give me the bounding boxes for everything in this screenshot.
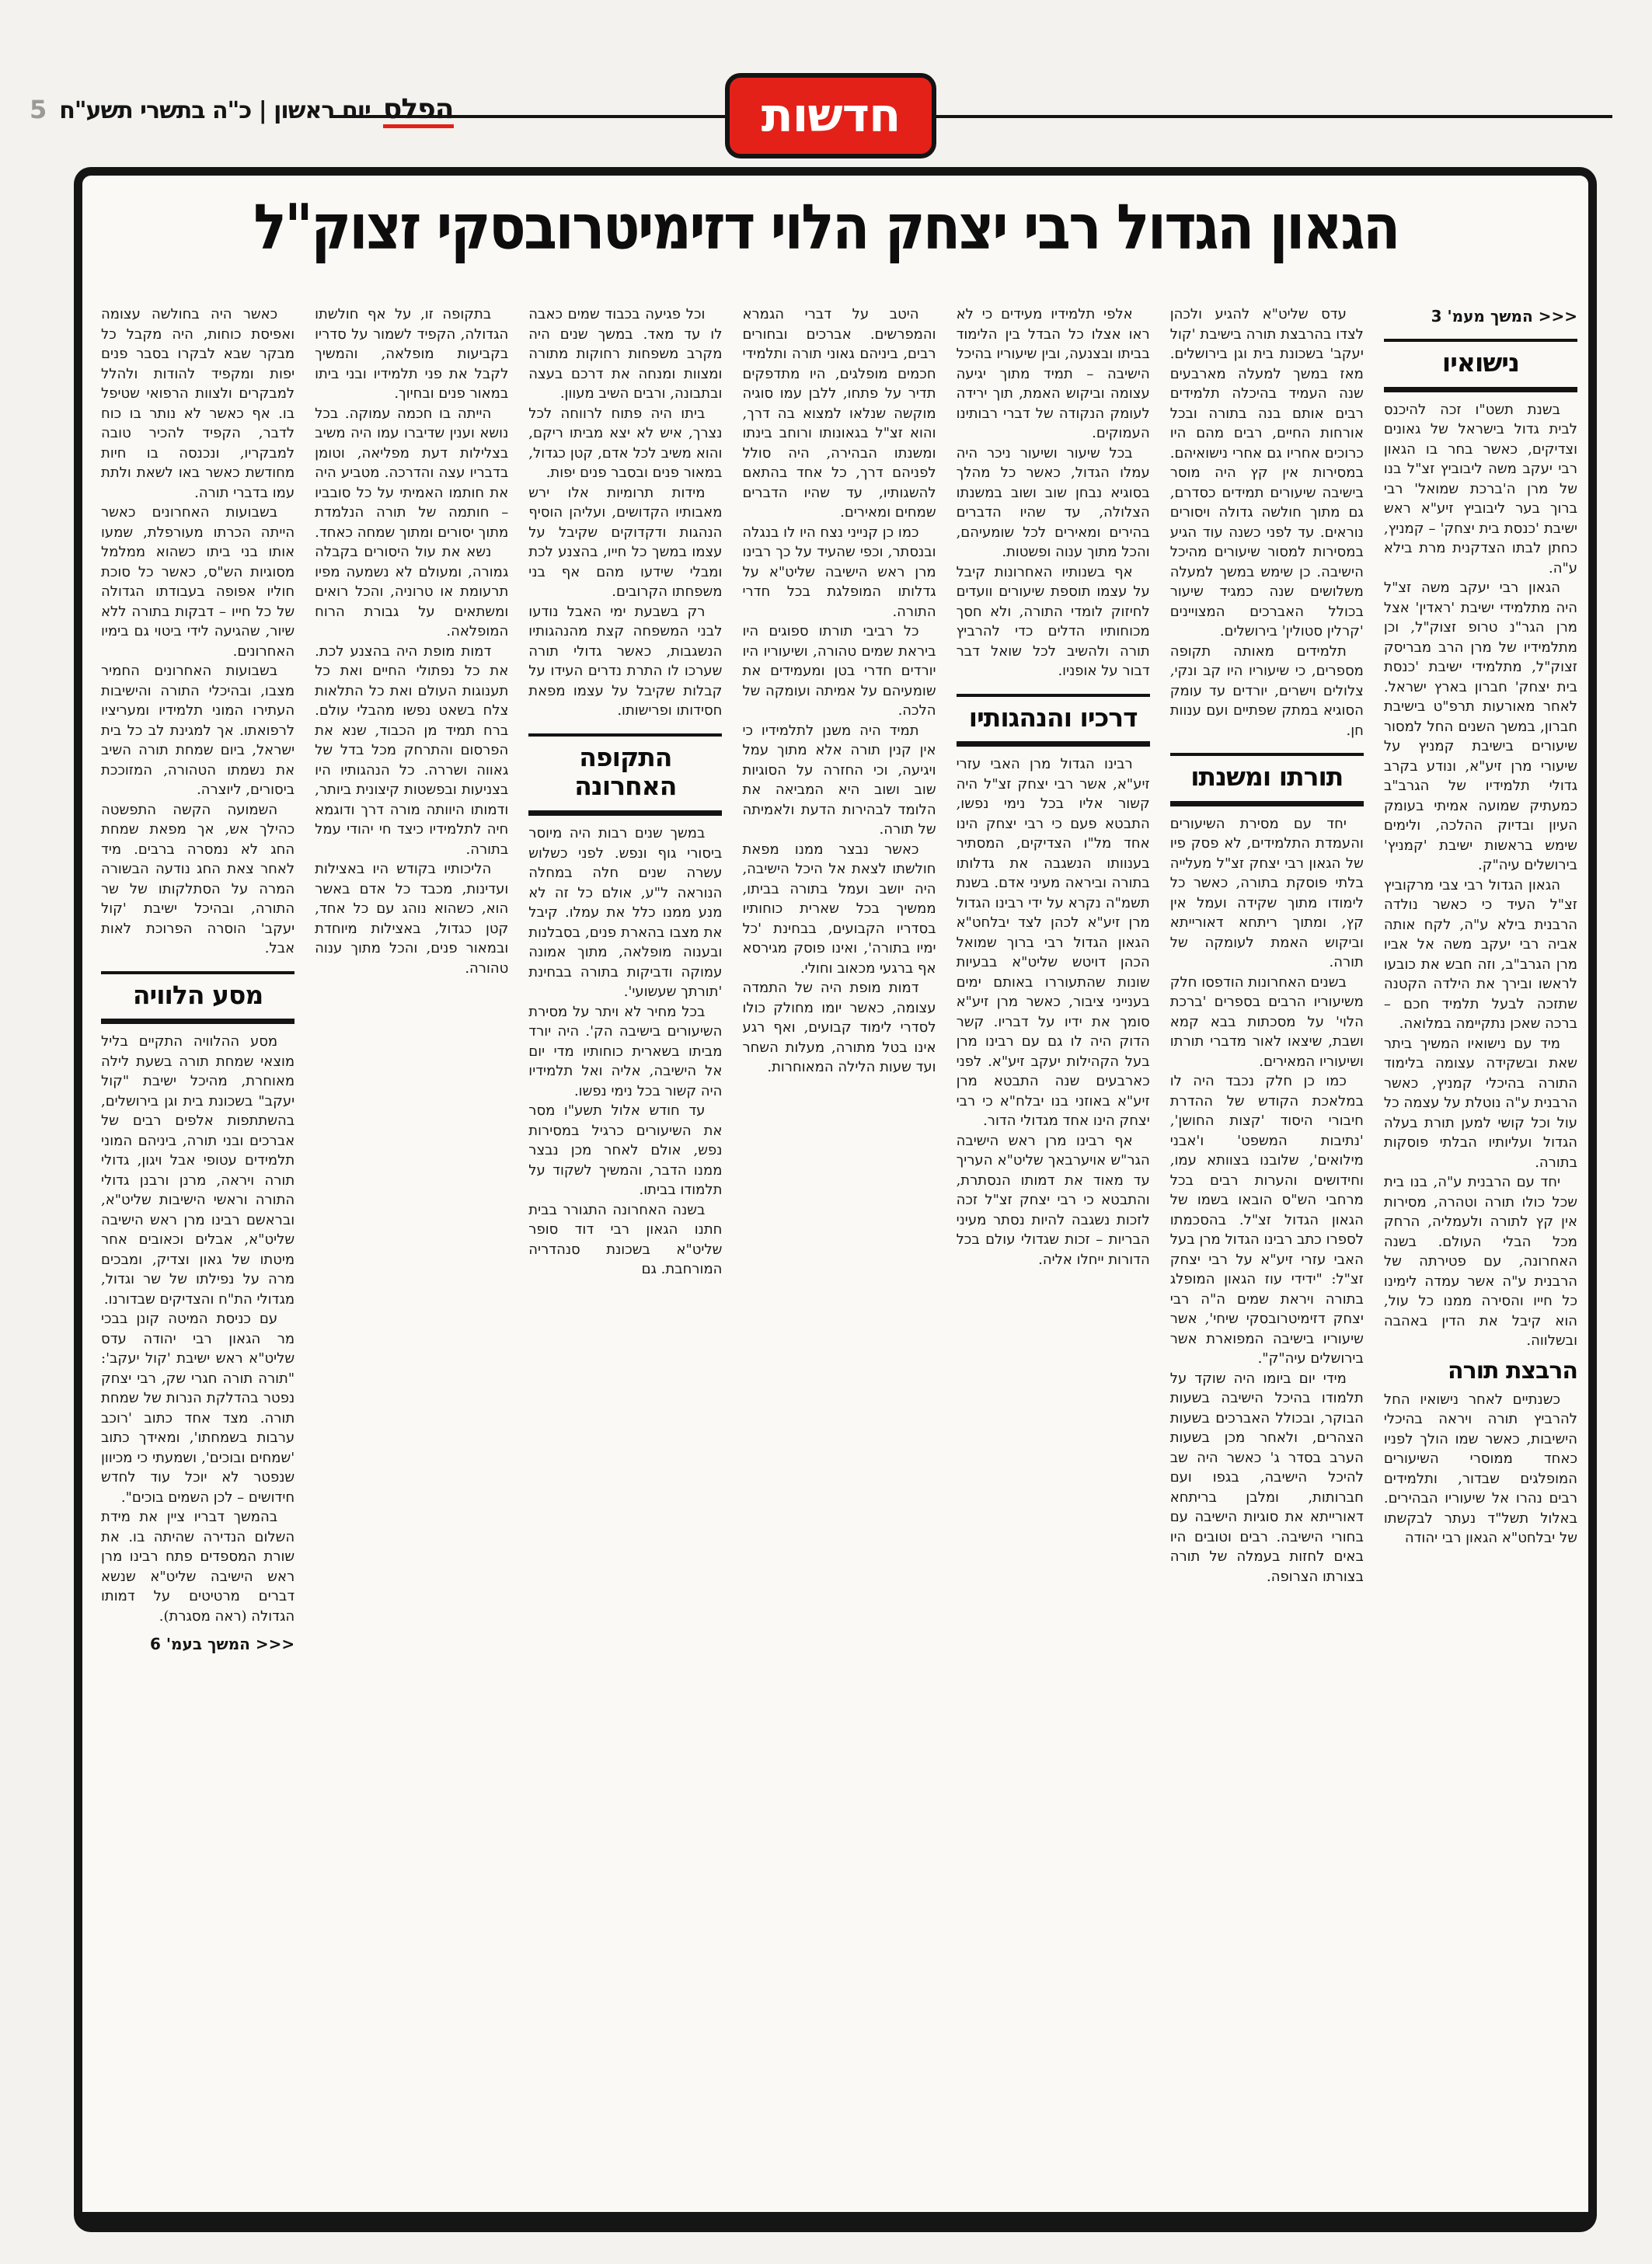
body-paragraph: עדס שליט"א להגיע ולכהן לצדו בהרבצת תורה … xyxy=(1170,305,1364,642)
body-paragraph: יחד עם מסירת השיעורים והעמדת התלמידים, ל… xyxy=(1170,814,1364,973)
newspaper-page: הפלס יום ראשון | כ"ה בתשרי תשע"ח 5 חדשות… xyxy=(0,0,1652,2264)
body-paragraph: הגאון הגדול רבי צבי מרקוביץ זצ"ל העיד כי… xyxy=(1384,876,1577,1034)
body-paragraph: רבינו הגדול מרן האבי עזרי זיע"א, אשר רבי… xyxy=(957,754,1150,1131)
body-paragraph: וכל פגיעה בכבוד שמים כאבה לו עד מאד. במש… xyxy=(528,305,722,404)
column-4: היטב על דברי הגמרא והמפרשים. אברכים ובחו… xyxy=(742,305,936,2166)
section-header: התקופה האחרונה xyxy=(528,733,722,817)
page-number: 5 xyxy=(30,95,47,124)
column-3: אלפי תלמידיו מעידים כי לא ראו אצלו כל הב… xyxy=(957,305,1150,2166)
column-2: עדס שליט"א להגיע ולכהן לצדו בהרבצת תורה … xyxy=(1170,305,1364,2166)
body-paragraph: מידות תרומיות אלו ירש מאבותיו הקדושים, ו… xyxy=(528,483,722,602)
body-paragraph: תלמידים מאותה תקופה מספרים, כי שיעוריו ה… xyxy=(1170,642,1364,741)
body-paragraph: רק בשבעת ימי האבל נודעו לבני המשפחה קצת … xyxy=(528,602,722,721)
section-header: תורתו ומשנתו xyxy=(1170,753,1364,806)
body-paragraph: הליכותיו בקודש היו באצילות ועדינות, מכבד… xyxy=(315,859,508,978)
body-paragraph: בתקופה זו, על אף חולשתו הגדולה, הקפיד לש… xyxy=(315,305,508,404)
body-paragraph: בהמשך דבריו ציין את מידת השלום הנדירה שה… xyxy=(101,1507,295,1626)
body-paragraph: נשא את עול היסורים בקבלה גמורה, ומעולם ל… xyxy=(315,542,508,642)
body-paragraph: בכל מחיר לא ויתר על מסירת השיעורים בישיב… xyxy=(528,1002,722,1102)
body-paragraph: אף בשנותיו האחרונות קיבל על עצמו תוספת ש… xyxy=(957,563,1150,681)
article-headline: הגאון הגדול רבי יצחק הלוי דזימיטרובסקי ז… xyxy=(173,191,1479,263)
body-paragraph: כאשר היה בחולשה עצומה ואפיסת כוחות, היה … xyxy=(101,305,295,503)
body-paragraph: בשנים האחרונות הודפסו חלק משיעוריו הרבים… xyxy=(1170,973,1364,1072)
body-paragraph: בכל שיעור ושיעור ניכר היה עמלו הגדול, כא… xyxy=(957,444,1150,563)
column-5: וכל פגיעה בכבוד שמים כאבה לו עד מאד. במש… xyxy=(528,305,722,2166)
section-header: דרכיו והנהגותיו xyxy=(957,694,1150,747)
body-paragraph: עם כניסת המיטה קונן בבכי מר הגאון רבי יה… xyxy=(101,1309,295,1507)
body-paragraph: במשך שנים רבות היה מיוסר ביסורי גוף ונפש… xyxy=(528,824,722,1002)
body-paragraph: בשבועות האחרונים כאשר הייתה הכרתו מעורפל… xyxy=(101,503,295,661)
body-paragraph: תמיד היה משנן לתלמידיו כי אין קנין תורה … xyxy=(742,721,936,840)
body-paragraph: בשנת תשט"ו זכה להיכנס לבית גדול בישראל ש… xyxy=(1384,400,1577,579)
body-paragraph: דמות מופת היה בהצנע לכת. את כל נפתולי הח… xyxy=(315,642,508,860)
jump-to-note: <<< המשך בעמ' 6 xyxy=(101,1634,295,1654)
body-paragraph: יחד עם הרבנית ע"ה, בנו בית שכל כולו תורה… xyxy=(1384,1172,1577,1351)
body-paragraph: כל רביבי תורתו ספוגים היו ביראת שמים טהו… xyxy=(742,622,936,721)
header-rule xyxy=(330,115,1612,118)
body-paragraph: השמועה הקשה התפשטה כהילך אש, אך מפאת שמח… xyxy=(101,800,295,959)
column-7: כאשר היה בחולשה עצומה ואפיסת כוחות, היה … xyxy=(101,305,295,2166)
masthead: הפלס xyxy=(383,95,454,128)
folio-row: הפלס יום ראשון | כ"ה בתשרי תשע"ח 5 xyxy=(30,95,454,128)
sub-header: הרבצת תורה xyxy=(1384,1357,1577,1385)
body-paragraph: אלפי תלמידיו מעידים כי לא ראו אצלו כל הב… xyxy=(957,305,1150,444)
section-header: מסע הלוויה xyxy=(101,971,295,1025)
body-paragraph: כשנתיים לאחר נישואיו החל להרביץ תורה ויר… xyxy=(1384,1390,1577,1548)
body-paragraph: מידי יום ביומו היה שוקד על תלמודו בהיכל … xyxy=(1170,1369,1364,1587)
body-paragraph: כאשר נבצר ממנו מפאת חולשתו לצאת אל היכל … xyxy=(742,840,936,979)
body-paragraph: כמו כן קנייני נצח היו לו בנגלה ובנסתר, ו… xyxy=(742,523,936,622)
body-paragraph: כמו כן חלק נכבד היה לו במלאכת הקודש של ה… xyxy=(1170,1071,1364,1369)
jump-from-note: <<< המשך מעמ' 3 xyxy=(1384,306,1577,326)
body-paragraph: דמות מופת היה של התמדה עצומה, כאשר יומו … xyxy=(742,978,936,1078)
body-paragraph: עד חודש אלול תשע"ו מסר את השיעורים כרגיל… xyxy=(528,1101,722,1200)
body-paragraph: הגאון רבי יעקב משה זצ"ל היה מתלמידי ישיב… xyxy=(1384,578,1577,876)
column-1: <<< המשך מעמ' 3נישואיובשנת תשט"ו זכה להי… xyxy=(1384,305,1577,2166)
column-6: בתקופה זו, על אף חולשתו הגדולה, הקפיד לש… xyxy=(315,305,508,2166)
body-paragraph: מסע ההלוויה התקיים בליל מוצאי שמחת תורה … xyxy=(101,1032,295,1309)
body-paragraph: הייתה בו חכמה עמוקה. בכל נושא וענין שדיב… xyxy=(315,404,508,543)
body-paragraph: בשנה האחרונה התגורר בבית חתנו הגאון רבי … xyxy=(528,1200,722,1280)
section-header: נישואיו xyxy=(1384,339,1577,392)
article-columns: <<< המשך מעמ' 3נישואיובשנת תשט"ו זכה להי… xyxy=(101,305,1577,2166)
body-paragraph: אף רבינו מרן ראש הישיבה הגר"ש אויערבאך ש… xyxy=(957,1131,1150,1270)
dateline: יום ראשון | כ"ה בתשרי תשע"ח xyxy=(59,97,371,124)
body-paragraph: בשבועות האחרונים החמיר מצבו, ובהיכלי התו… xyxy=(101,661,295,800)
body-paragraph: היטב על דברי הגמרא והמפרשים. אברכים ובחו… xyxy=(742,305,936,523)
body-paragraph: ביתו היה פתוח לרווחה לכל נצרך, איש לא יצ… xyxy=(528,404,722,483)
section-badge-news: חדשות xyxy=(725,73,936,158)
body-paragraph: מיד עם נישואיו המשיך ביתר שאת ובשקידה עצ… xyxy=(1384,1034,1577,1173)
